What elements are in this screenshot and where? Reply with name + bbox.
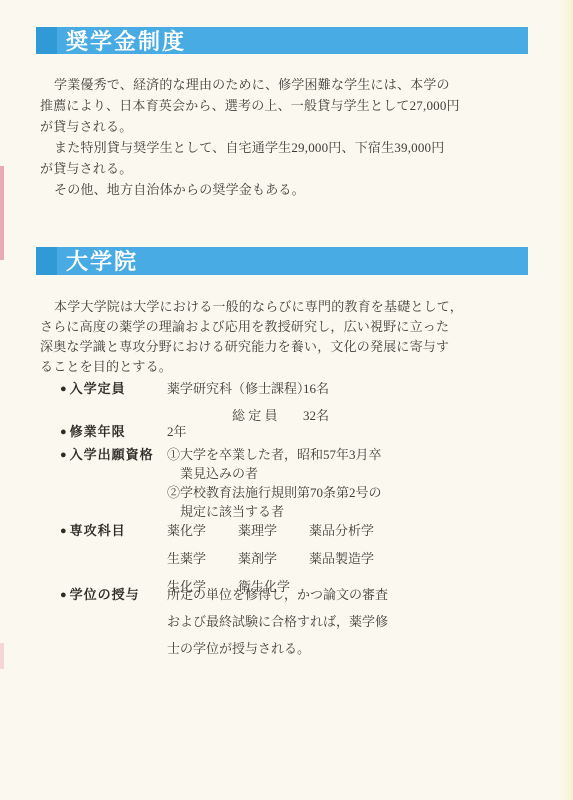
value-line: 業見込みの者: [167, 464, 382, 483]
page-edge-shading: [559, 0, 573, 800]
item-label-text: 入学定員: [70, 381, 126, 396]
bullet-icon: ●: [60, 525, 68, 537]
value-cell: 32名: [303, 408, 329, 423]
value-cell: 16名: [303, 381, 329, 396]
bullet-icon: ●: [60, 383, 68, 395]
value-cell: （修士課程）: [232, 379, 303, 399]
bullet-icon: ●: [60, 589, 68, 601]
item-label: ●修業年限: [60, 422, 167, 442]
value-line: ①大学を卒業した者，昭和57年3月卒: [167, 445, 382, 464]
value-cell: 薬理学: [238, 521, 309, 541]
value-cell: 薬学研究科: [167, 379, 232, 399]
item-label-text: 修業年限: [70, 424, 126, 439]
value-cell: 薬剤学: [238, 549, 309, 569]
paragraph-line: また特別貸与奨学生として、自宅通学生29,000円、下宿生39,000円: [40, 137, 460, 158]
value-line: 所定の単位を修得し，かつ論文の審査: [167, 585, 388, 612]
value-line: 生薬学薬剤学薬品製造学: [167, 549, 374, 577]
paragraph-line: が貸与される。: [40, 116, 460, 137]
value-cell: 生薬学: [167, 549, 238, 569]
item-label-text: 学位の授与: [70, 587, 140, 602]
item-label-text: 入学出願資格: [70, 447, 154, 462]
bullet-icon: ●: [60, 449, 68, 461]
paragraph-line: が貸与される。: [40, 158, 460, 179]
header-accent-cap: [36, 27, 57, 54]
value-line: 薬化学薬理学薬品分析学: [167, 521, 374, 549]
bullet-icon: ●: [60, 426, 68, 438]
value-line: ②学校教育法施行規則第70条第2号の: [167, 483, 382, 502]
scholarship-body-text: 学業優秀で、経済的な理由のために、修学困難な学生には、本学の 推薦により、日本育…: [40, 74, 460, 200]
item-label: ●専攻科目: [60, 521, 167, 541]
scholarship-section-title: 奨学金制度: [66, 24, 186, 55]
section-header-scholarship: 奨学金制度: [36, 27, 528, 54]
brochure-page: 奨学金制度 学業優秀で、経済的な理由のために、修学困難な学生には、本学の 推薦に…: [0, 0, 573, 800]
section-header-graduate: 大学院: [36, 247, 528, 275]
item-label: ●学位の授与: [60, 585, 167, 605]
paragraph-line: 本学大学院は大学における一般的ならびに専門的教育を基礎として，: [40, 297, 463, 317]
value-cell: 薬品製造学: [309, 551, 374, 566]
paragraph-line: 学業優秀で、経済的な理由のために、修学困難な学生には、本学の: [40, 74, 460, 95]
value-line: 総 定 員32名: [167, 406, 329, 433]
graduate-intro-text: 本学大学院は大学における一般的ならびに専門的教育を基礎として， さらに高度の薬学…: [40, 297, 463, 377]
header-accent-cap: [36, 247, 57, 275]
item-label-text: 専攻科目: [70, 523, 126, 538]
value-cell: 総 定 員: [232, 406, 303, 426]
list-item-degree-conferral: ●学位の授与 所定の単位を修得し，かつ論文の審査 および最終試験に合格すれば，薬…: [60, 585, 388, 666]
value-line: 薬学研究科（修士課程）16名: [167, 379, 329, 406]
scan-edge-artifact: [0, 166, 4, 260]
item-label: ●入学出願資格: [60, 445, 167, 465]
value-line: 規定に該当する者: [167, 502, 382, 521]
graduate-section-title: 大学院: [66, 245, 138, 276]
paragraph-line: さらに高度の薬学の理論および応用を教授研究し，広い視野に立った: [40, 317, 463, 337]
item-value: 所定の単位を修得し，かつ論文の審査 および最終試験に合格すれば，薬学修 士の学位…: [167, 585, 388, 666]
list-item-application-eligibility: ●入学出願資格 ①大学を卒業した者，昭和57年3月卒 業見込みの者 ②学校教育法…: [60, 445, 382, 521]
paragraph-line: ることを目的とする。: [40, 357, 463, 377]
value-cell: 薬化学: [167, 521, 238, 541]
value-cell: 薬品分析学: [309, 523, 374, 538]
item-value: 薬学研究科（修士課程）16名 総 定 員32名: [167, 379, 329, 433]
paragraph-line: その他、地方自治体からの奨学金もある。: [40, 179, 460, 200]
paragraph-line: 推薦により、日本育英会から、選考の上、一般貸与学生として27,000円: [40, 95, 460, 116]
item-value: ①大学を卒業した者，昭和57年3月卒 業見込みの者 ②学校教育法施行規則第70条…: [167, 445, 382, 521]
item-label: ●入学定員: [60, 379, 167, 399]
value-line: 士の学位が授与される。: [167, 639, 388, 666]
value-line: および最終試験に合格すれば，薬学修: [167, 612, 388, 639]
paragraph-line: 深奥な学識と専攻分野における研究能力を養い，文化の発展に寄与す: [40, 337, 463, 357]
scan-edge-artifact: [0, 643, 4, 669]
